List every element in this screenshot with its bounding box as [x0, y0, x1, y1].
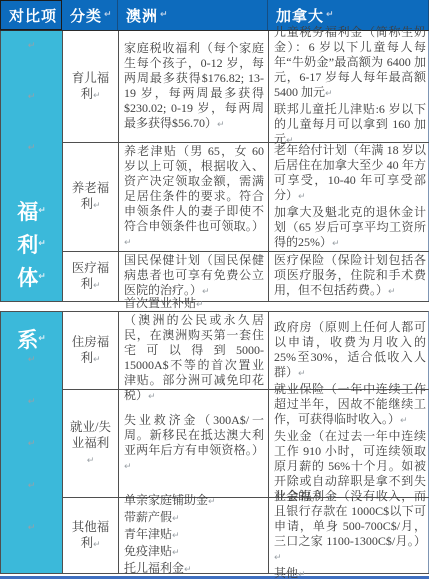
side-char: 体↵ — [17, 260, 46, 293]
table-section-bottom: 系↵ ↵ ↵ ↵ ↵ ↵ 住房福利↵ 首次置业补贴↵ （澳洲的公民或永久居民，在… — [0, 311, 429, 574]
paragraph: 加拿大及魁北克的退休金计划（65 岁后可享平均工资所得的25%）↵ — [274, 205, 426, 252]
linebreak-mark-icon: ↵ — [28, 41, 36, 92]
paragraph: 政府房（原则上任何人都可以申请，收费为月收入的 25%至30%，适合低收入人群）… — [274, 320, 426, 382]
cell-australia-medical: 国民保健计划（国民保健病患者也可享有免费公立医院的治疗。）↵ — [119, 252, 269, 302]
side-char: 福↵ — [17, 194, 46, 227]
linebreak-mark-icon: ↵ — [38, 206, 46, 216]
side-char: 系↵ — [17, 322, 46, 355]
paragraph: 其他↵ — [274, 566, 426, 580]
paragraph: 养老津贴（男 65，女 60 岁以上可领，根据收入、资产决定领取金额，需满足居住… — [124, 144, 264, 251]
linebreak-mark-icon: ↵ — [208, 497, 216, 507]
paragraph: 青年津贴↵ — [124, 527, 264, 544]
header-label: 加拿大 — [276, 5, 324, 26]
linebreak-mark-icon: ↵ — [298, 192, 306, 202]
table-section-top: ↵ ↵ ↵ 福↵ 利↵ 体↵ 育儿福利↵ 家庭税收福利（每个家庭生每个孩子，0-… — [0, 31, 429, 302]
linebreak-mark-icon: ↵ — [160, 10, 169, 20]
header-col-category: 分类↵ — [62, 0, 118, 30]
cell-canada-housing: 政府房（原则上任何人都可以申请，收费为月收入的 25%至30%，适合低收入人群）… — [269, 312, 429, 390]
paragraph: 带薪产假↵ — [124, 510, 264, 527]
linebreak-mark-icon: ↵ — [326, 10, 335, 20]
cell-australia-housing: 首次置业补贴↵ （澳洲的公民或永久居民，在澳洲购买第一套住宅可以得到5000-1… — [119, 312, 269, 390]
linebreak-mark-icon: ↵ — [196, 300, 204, 310]
linebreak-mark-icon: ↵ — [93, 355, 101, 365]
paragraph: 首次置业补贴↵ — [124, 296, 264, 313]
cell-canada-childcare: 儿童税务福利金（简称生奶金）：6 岁以下儿童每人每年“牛奶金”最高额为 6400… — [269, 31, 429, 143]
linebreak-mark-icon: ↵ — [298, 570, 306, 580]
paragraph: 免疫津贴↵ — [124, 544, 264, 561]
header-label: 对比项 — [9, 5, 57, 26]
linebreak-mark-icon: ↵ — [104, 10, 113, 20]
linebreak-mark-icon: ↵ — [298, 369, 306, 379]
paragraph: 就业保险（一年中连续工作超过半年，因故不能继续工作，可获得临时收入。）↵ — [274, 382, 426, 429]
paragraph: 老年给付计划（年满 18 岁以后居住在加拿大至少 40 年方可享受，10-40 … — [274, 143, 426, 205]
linebreak-mark-icon: ↵ — [38, 334, 46, 344]
linebreak-mark-icon: ↵ — [124, 238, 132, 248]
cell-category-employment: 就业/失业福利↵ — [63, 390, 119, 498]
linebreak-mark-icon: ↵ — [325, 89, 333, 99]
header-label: 分类 — [70, 5, 102, 26]
cell-category-medical: 医疗福利↵ — [63, 252, 119, 302]
linebreak-mark-icon: ↵ — [28, 481, 36, 523]
cell-australia-other: 单亲家庭铺助金↵ 带薪产假↵ 青年津贴↵ 免疫津贴↵ 托儿福利金↵ — [119, 498, 269, 574]
welfare-comparison-table: 对比项 分类↵ 澳洲↵ 加拿大↵ ↵ ↵ ↵ 福↵ 利↵ 体↵ 育儿福利↵ 家庭… — [0, 0, 429, 580]
side-label-welfare-system-top: ↵ ↵ ↵ 福↵ 利↵ 体↵ — [1, 31, 63, 302]
cell-category-housing: 住房福利↵ — [63, 312, 119, 390]
linebreak-mark-icon: ↵ — [172, 531, 180, 541]
paragraph: 单亲家庭铺助金↵ — [124, 493, 264, 510]
cell-canada-medical: 医疗保险（保险计划包括各项医疗服务，住院和手术费用，但不包括药费。）↵ — [269, 252, 429, 302]
paragraph: 国民保健计划（国民保健病患者也可享有免费公立医院的治疗。）↵ — [124, 253, 264, 300]
linebreak-mark-icon: ↵ — [87, 456, 95, 466]
paragraph: 失业救济金（300A$/一周。新移民在抵达澳大利亚两年后方有申领资格。）↵ — [124, 413, 264, 475]
paragraph: 医疗保险（保险计划包括各项医疗服务，住院和手术费用，但不包括药费。）↵ — [274, 253, 426, 300]
linebreak-mark-icon: ↵ — [28, 523, 36, 565]
cell-canada-pension: 老年给付计划（年满 18 岁以后居住在加拿大至少 40 年方可享受，10-40 … — [269, 143, 429, 252]
side-label-welfare-system-bottom: 系↵ ↵ ↵ ↵ ↵ ↵ — [1, 312, 63, 574]
side-char: 利↵ — [17, 227, 46, 260]
linebreak-mark-icon: ↵ — [38, 239, 46, 249]
header-col-compare-item: 对比项 — [0, 0, 62, 30]
linebreak-mark-icon: ↵ — [28, 355, 36, 397]
linebreak-mark-icon: ↵ — [28, 439, 36, 481]
cell-canada-employment: 就业保险（一年中连续工作超过半年，因故不能继续工作，可获得临时收入。）↵ 失业金… — [269, 390, 429, 498]
paragraph: 联邦儿童托儿津贴:6 岁以下的儿童每月可以拿到 160 加元↵ — [274, 102, 426, 149]
header-col-australia: 澳洲↵ — [118, 0, 268, 30]
cell-category-pension: 养老福利↵ — [63, 143, 119, 252]
linebreak-mark-icon: ↵ — [332, 239, 340, 249]
linebreak-mark-icon: ↵ — [93, 540, 101, 550]
paragraph: 托儿福利金↵ — [124, 561, 264, 578]
linebreak-mark-icon: ↵ — [172, 514, 180, 524]
linebreak-mark-icon: ↵ — [28, 92, 36, 143]
linebreak-mark-icon: ↵ — [38, 272, 46, 282]
linebreak-mark-icon: ↵ — [124, 462, 132, 472]
cell-australia-employment: 失业救济金（300A$/一周。新移民在抵达澳大利亚两年后方有申领资格。）↵ — [119, 390, 269, 498]
cell-australia-childcare: 家庭税收福利（每个家庭生每个孩子，0-12 岁，每两周最多获得$176.82; … — [119, 31, 269, 143]
cell-category-childcare: 育儿福利↵ — [63, 31, 119, 143]
cell-australia-pension: 养老津贴（男 65，女 60 岁以上可领，根据收入、资产决定领取金额，需满足居住… — [119, 143, 269, 252]
linebreak-mark-icon: ↵ — [274, 553, 282, 563]
paragraph: 家庭税收福利（每个家庭生每个孩子，0-12 岁，每两周最多获得$176.82; … — [124, 41, 264, 133]
header-label: 澳洲 — [126, 5, 158, 26]
linebreak-mark-icon: ↵ — [172, 548, 180, 558]
paragraph: 儿童税务福利金（简称生奶金）：6 岁以下儿童每人每年“牛奶金”最高额为 6400… — [274, 25, 426, 102]
linebreak-mark-icon: ↵ — [388, 287, 396, 297]
linebreak-mark-icon: ↵ — [93, 281, 101, 291]
linebreak-mark-icon: ↵ — [93, 91, 101, 101]
linebreak-mark-icon: ↵ — [217, 120, 225, 130]
cell-category-other: 其他福利↵ — [63, 498, 119, 574]
linebreak-mark-icon: ↵ — [400, 416, 408, 426]
linebreak-mark-icon: ↵ — [184, 565, 192, 575]
linebreak-mark-icon: ↵ — [93, 201, 101, 211]
paragraph: 社会福利金（没有收入，而且银行存款在 1000C$以下可申请，单身 500-70… — [274, 489, 426, 566]
linebreak-mark-icon: ↵ — [28, 397, 36, 439]
cell-canada-other: 社会福利金（没有收入，而且银行存款在 1000C$以下可申请，单身 500-70… — [269, 498, 429, 574]
linebreak-mark-icon: ↵ — [28, 143, 36, 194]
